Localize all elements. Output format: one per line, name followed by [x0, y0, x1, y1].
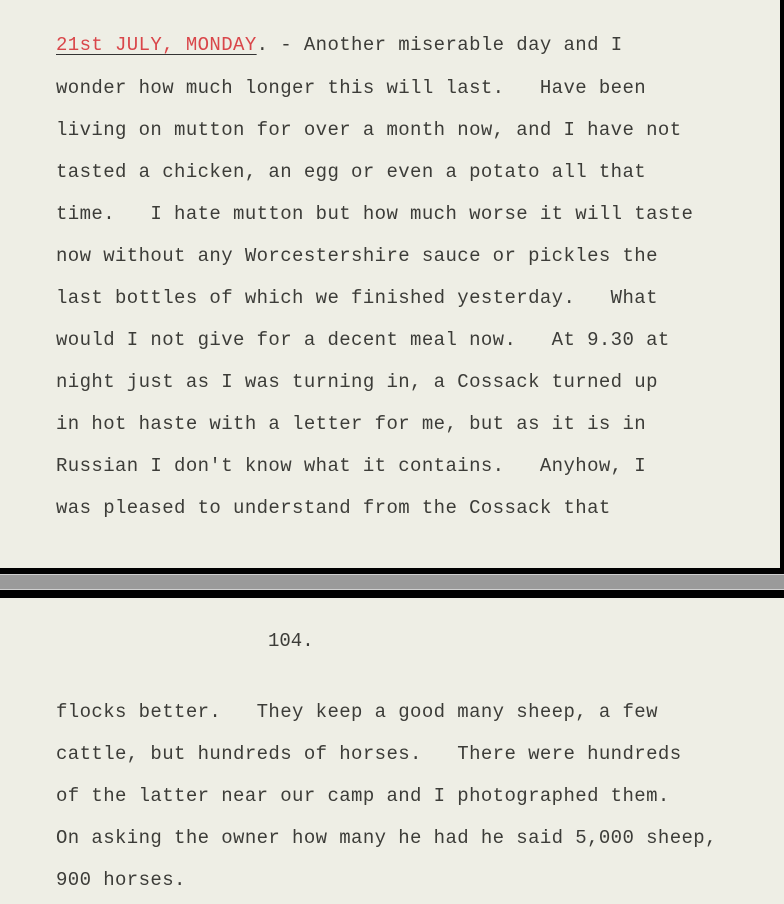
text-line: now without any Worcestershire sauce or … — [56, 245, 658, 267]
text-line: flocks better. They keep a good many she… — [56, 701, 658, 723]
text-line: Russian I don't know what it contains. A… — [56, 455, 646, 477]
text-line: cattle, but hundreds of horses. There we… — [56, 743, 682, 765]
text-line: would I not give for a decent meal now. … — [56, 329, 670, 351]
text-line: time. I hate mutton but how much worse i… — [56, 203, 693, 225]
entry-date: 21st JULY, MONDAY — [56, 34, 257, 56]
heading-line: 21st JULY, MONDAY. - Another miserable d… — [56, 34, 623, 56]
text-line: living on mutton for over a month now, a… — [56, 119, 682, 141]
text-line: night just as I was turning in, a Cossac… — [56, 371, 658, 393]
text-line: of the latter near our camp and I photog… — [56, 785, 670, 807]
heading-text: . - Another miserable day and I — [257, 34, 623, 56]
text-line: in hot haste with a letter for me, but a… — [56, 413, 646, 435]
text-line: 900 horses. — [56, 869, 186, 891]
page-number: 104. — [268, 630, 314, 652]
text-line: On asking the owner how many he had he s… — [56, 827, 717, 849]
text-line: last bottles of which we finished yester… — [56, 287, 658, 309]
top-page: 21st JULY, MONDAY. - Another miserable d… — [0, 0, 780, 568]
text-line: wonder how much longer this will last. H… — [56, 77, 646, 99]
page-separator — [0, 574, 784, 590]
text-line: tasted a chicken, an egg or even a potat… — [56, 161, 646, 183]
text-line: was pleased to understand from the Cossa… — [56, 497, 611, 519]
